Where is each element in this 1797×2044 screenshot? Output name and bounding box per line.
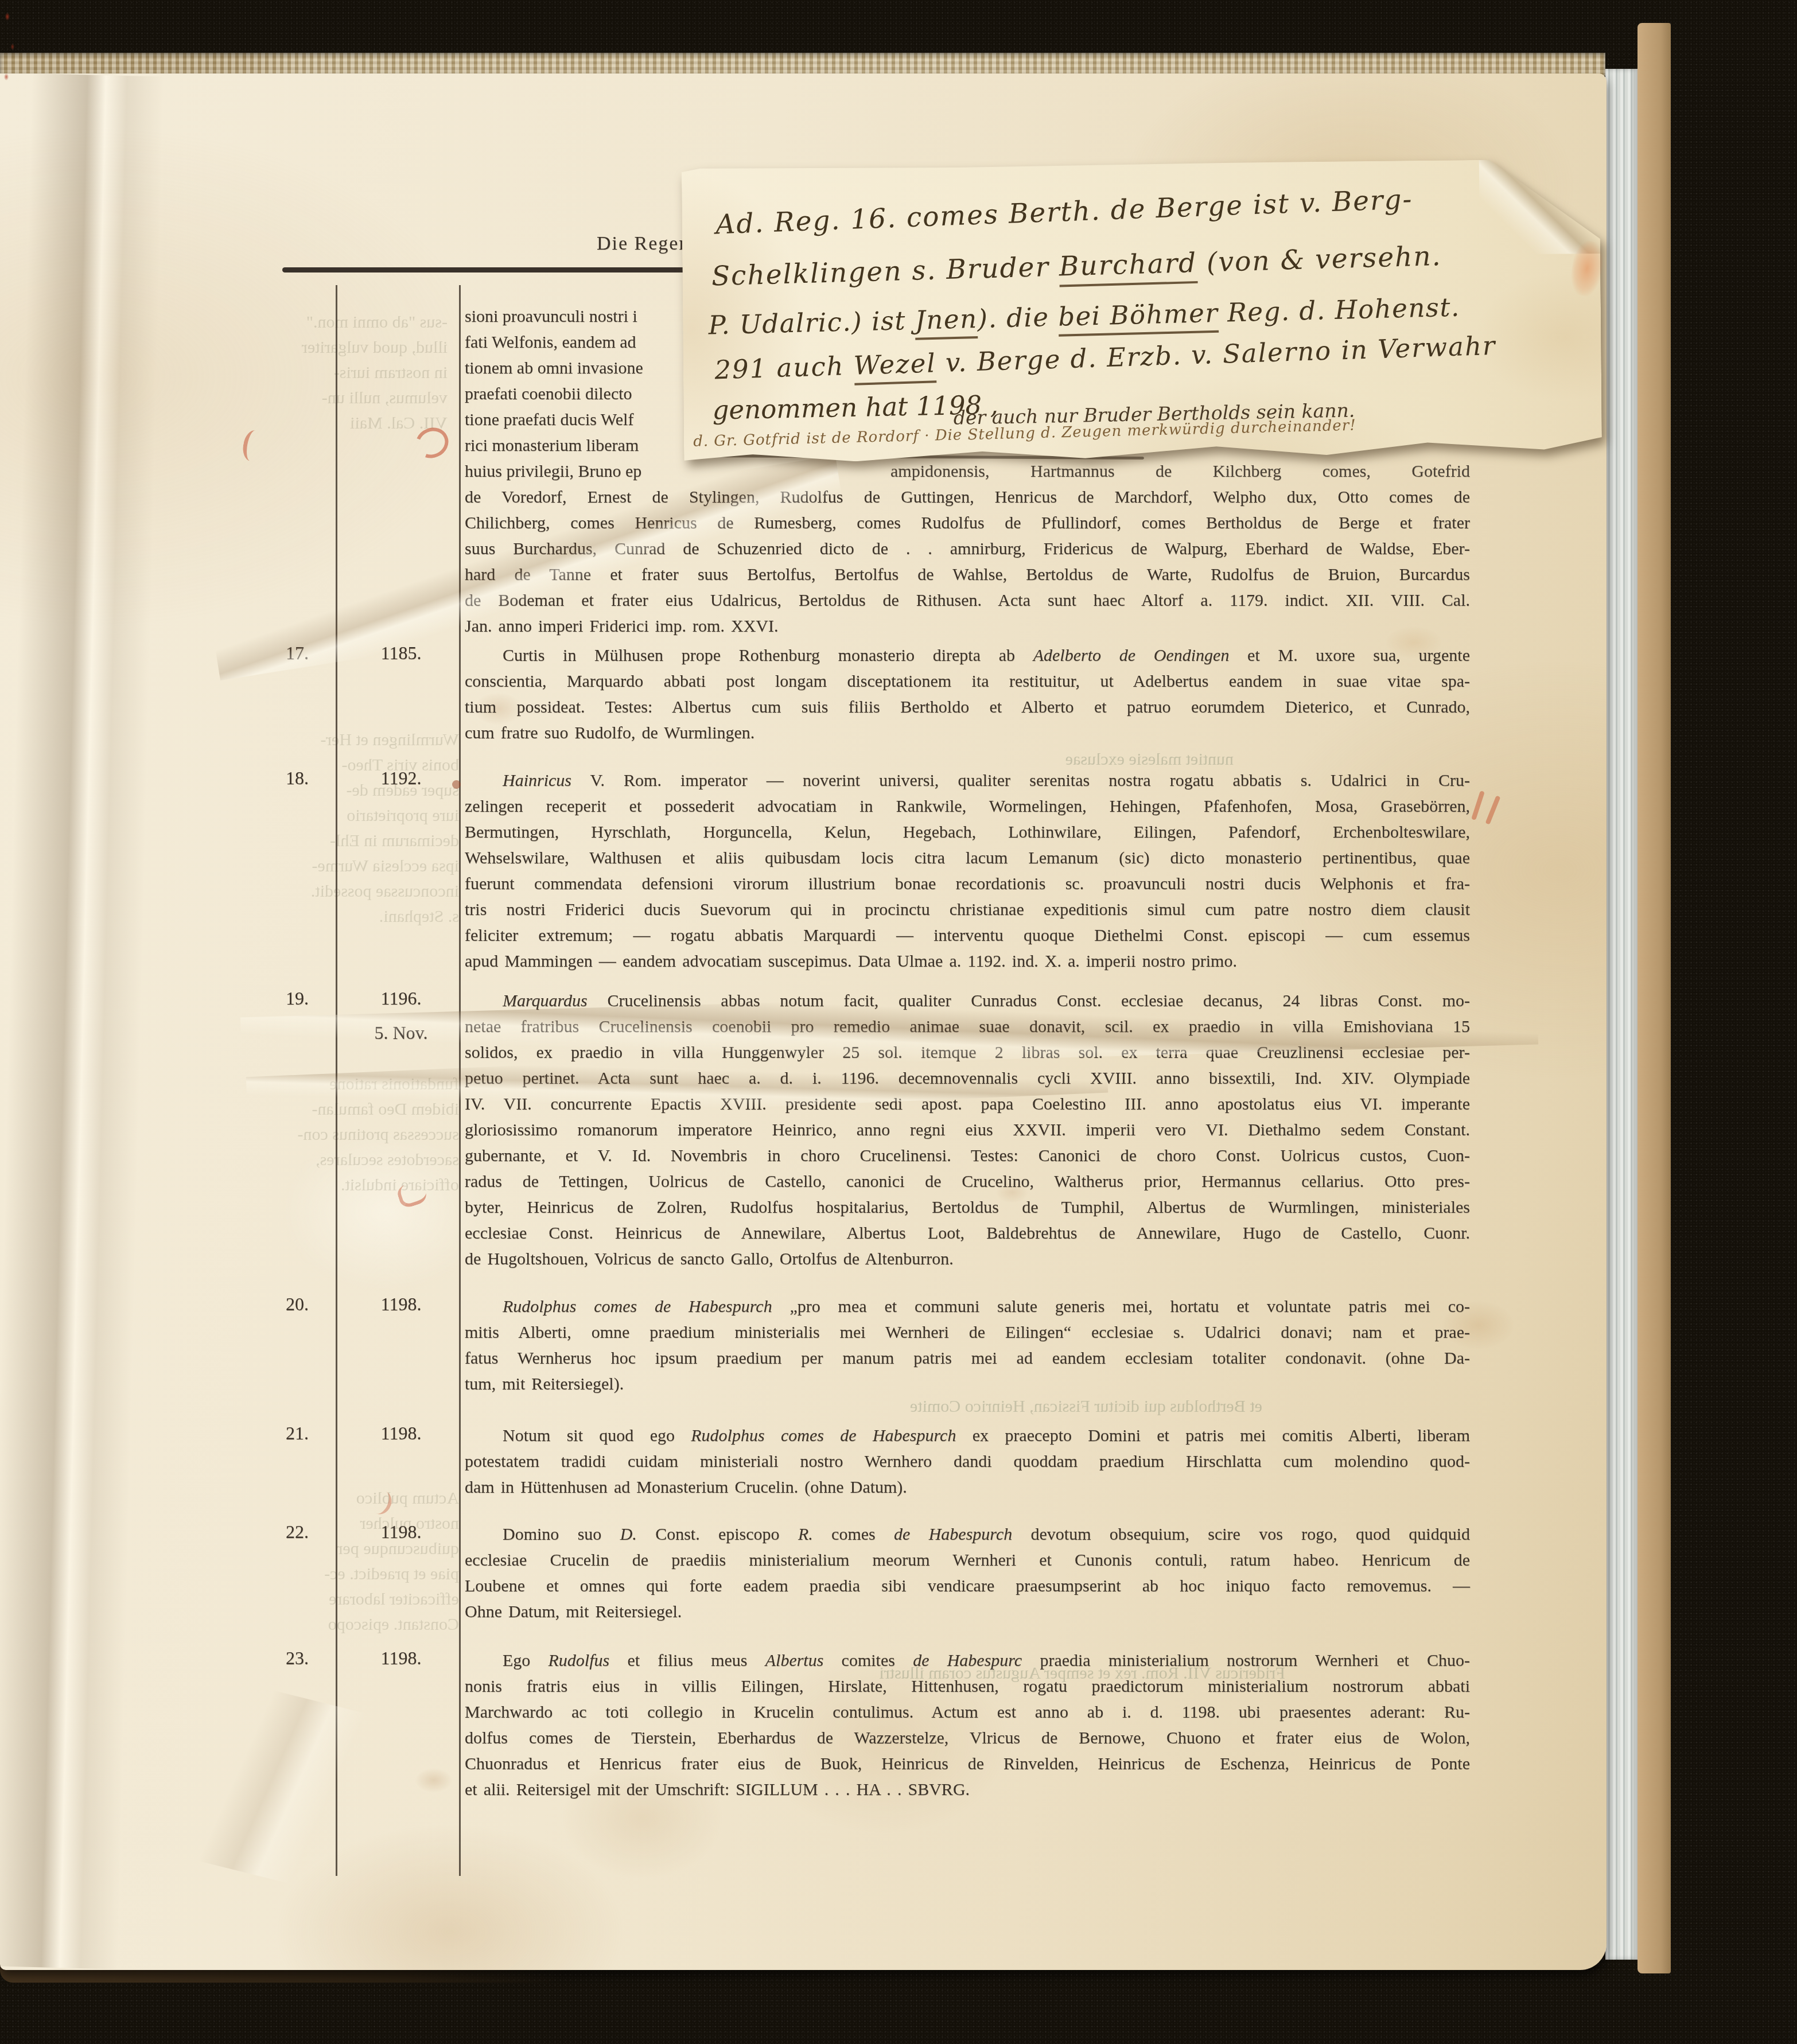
entry-date: 1198.	[348, 1294, 454, 1315]
entry20-text: Rudolphus comes de Habespurch „pro mea e…	[465, 1294, 1470, 1397]
showthrough-text: fundationis rationeibidem Deo famulan-su…	[244, 1072, 459, 1198]
showthrough-text: et Bertholdus qui dicitur Fissican, Hein…	[545, 1394, 1262, 1419]
page-header-fragment: Die Regen	[597, 233, 690, 255]
entry16-line-under-slip: ampidonensis, Hartmannus de Kilchberg co…	[890, 458, 1470, 484]
scan-background-top	[0, 0, 1797, 53]
pasted-note-slip: Ad. Reg. 16. comes Berth. de Berge ist v…	[683, 163, 1601, 459]
entry-number: 17.	[265, 643, 329, 664]
entry22-text: Domino suo D. Const. episcopo R. comes d…	[465, 1521, 1470, 1625]
showthrough-text: -sus "ab omni mon."illud, quod vulgarite…	[252, 310, 448, 436]
entry19-text: Marquardus Crucelinensis abbas notum fac…	[465, 988, 1470, 1272]
note-paper: Ad. Reg. 16. comes Berth. de Berge ist v…	[682, 159, 1602, 463]
entry18-text: Hainricus V. Rom. imperator — noverint u…	[465, 768, 1470, 974]
entry23-text: Ego Rudolfus et filius meus Albertus com…	[465, 1648, 1470, 1802]
book-scan: -sus "ab omni mon."illud, quod vulgarite…	[0, 0, 1797, 2044]
entry-number: 23.	[265, 1648, 329, 1669]
entry16-fragment-column: sioni proavunculi nostri ifati Welfonis,…	[465, 303, 711, 484]
entry21-text: Notum sit quod ego Rudolphus comes de Ha…	[465, 1423, 1470, 1500]
showthrough-text: Actum publiconostro pulcherquibuscunque …	[241, 1486, 459, 1637]
entry-number: 20.	[265, 1294, 329, 1315]
column-rule-right	[459, 285, 461, 1876]
entry-number: 19.	[265, 988, 329, 1009]
entry-number: 18.	[265, 768, 329, 789]
entry-date: 1198.	[348, 1521, 454, 1543]
entry-number: 21.	[265, 1423, 329, 1444]
handwritten-note-text: Ad. Reg. 16. comes Berth. de Berge ist v…	[682, 159, 1602, 463]
entry-number: 22.	[265, 1521, 329, 1543]
fore-edge-page-stack	[1605, 69, 1637, 1960]
entry-date: 1196.	[348, 988, 454, 1009]
entry16-text: de Voredorf, Ernest de Stylingen, Rudolf…	[465, 484, 1470, 639]
entry-date: 1185.	[348, 643, 454, 664]
column-rule-left	[336, 285, 337, 1876]
entry-date: 1198.	[348, 1423, 454, 1444]
entry-date: 1192.	[348, 768, 454, 789]
entry-date: 1198.	[348, 1648, 454, 1669]
entry17-text: Curtis in Mülhusen prope Rothenburg mona…	[465, 643, 1470, 746]
book-top-edge-cloth	[0, 53, 1605, 76]
cover-board-edge	[1637, 23, 1671, 1973]
showthrough-text: Wurmlingen et Her-bonis viris Theo-super…	[247, 727, 459, 929]
entry-date-day: 5. Nov.	[348, 1022, 454, 1044]
